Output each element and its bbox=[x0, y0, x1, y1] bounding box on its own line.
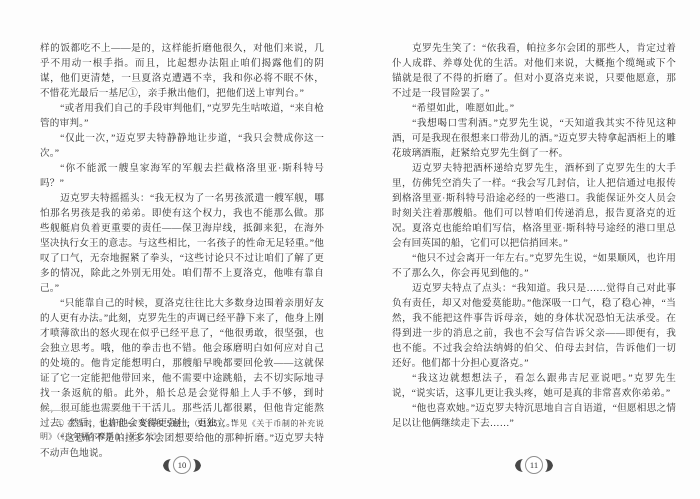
paragraph: “我想喝口雪利酒。”克罗先生说，“天知道我其实不待见这种酒，可是我现在很想来口带… bbox=[392, 116, 676, 161]
right-page: 克罗先生笑了：“依我看，帕拉多尔会团的那些人，肯定过着仆人成群、养尊处优的生活。… bbox=[392, 0, 676, 499]
left-page: 样的饭都吃不上——是的，这样能折磨他很久，对他们来说，几乎不用动一根手指。而且，… bbox=[40, 0, 324, 499]
page-number-row: 10 bbox=[40, 456, 324, 474]
ornament-left-icon bbox=[515, 459, 524, 472]
paragraph: “希望如此，唯愿如此。” bbox=[392, 101, 676, 116]
page-number-row: 11 bbox=[392, 456, 676, 474]
footnote-text: ① 在当时，1 基尼 =1 英镑和 5 便士（£1.05），详见《关于币制的补充… bbox=[40, 417, 324, 443]
footnote-block: ① 在当时，1 基尼 =1 英镑和 5 便士（£1.05），详见《关于币制的补充… bbox=[40, 410, 324, 443]
left-page-text: 样的饭都吃不上——是的，这样能折磨他很久，对他们来说，几乎不用动一根手指。而且，… bbox=[40, 41, 324, 461]
paragraph: “你不能派一艘皇家海军的军舰去拦截格洛里亚·斯科特号吗？” bbox=[40, 161, 324, 191]
page-number: 10 bbox=[173, 456, 191, 474]
paragraph: 迈克罗夫特摇摇头：“我无权为了一名男孩派遣一艘军舰，哪怕那名男孩是我的弟弟。即使… bbox=[40, 191, 324, 296]
book-spread: 样的饭都吃不上——是的，这样能折磨他很久，对他们来说，几乎不用动一根手指。而且，… bbox=[0, 0, 700, 499]
paragraph: 迈克罗夫特把酒杯递给克罗先生，酒杯到了克罗先生的大手里，仿佛凭空消失了一样。“我… bbox=[392, 161, 676, 251]
footnote-divider bbox=[40, 410, 130, 411]
paragraph: “或者用我们自己的手段审判他们，”克罗先生咕哝道，“来自枪管的审判。” bbox=[40, 101, 324, 131]
right-page-text: 克罗先生笑了：“依我看，帕拉多尔会团的那些人，肯定过着仆人成群、养尊处优的生活。… bbox=[392, 41, 676, 431]
paragraph: “他只不过会离开一年左右。”克罗先生说，“如果顺风，也许用不了那么久，你会再见到… bbox=[392, 251, 676, 281]
ornament-right-icon bbox=[192, 459, 201, 472]
ornament-left-icon bbox=[163, 459, 172, 472]
paragraph: 克罗先生笑了：“依我看，帕拉多尔会团的那些人，肯定过着仆人成群、养尊处优的生活。… bbox=[392, 41, 676, 101]
paragraph: 迈克罗夫特点了点头：“我知道。我只是……觉得自己对此事负有责任，却又对他爱莫能助… bbox=[392, 281, 676, 371]
page-number: 11 bbox=[525, 456, 543, 474]
ornament-right-icon bbox=[544, 459, 553, 472]
paragraph: 样的饭都吃不上——是的，这样能折磨他很久，对他们来说，几乎不用动一根手指。而且，… bbox=[40, 41, 324, 101]
paragraph: “我这边就想想法子，看怎么跟弗吉尼亚说吧。”克罗先生说，“说实话，这事儿更让我头… bbox=[392, 371, 676, 401]
paragraph: “他也喜欢她。”迈克罗夫特沉思地自言自语道，“但愿相思之情足以让他俩继续走下去…… bbox=[392, 401, 676, 431]
paragraph: “仅此一次，”迈克罗夫特静静地让步道，“我只会赞成你这一次。” bbox=[40, 131, 324, 161]
